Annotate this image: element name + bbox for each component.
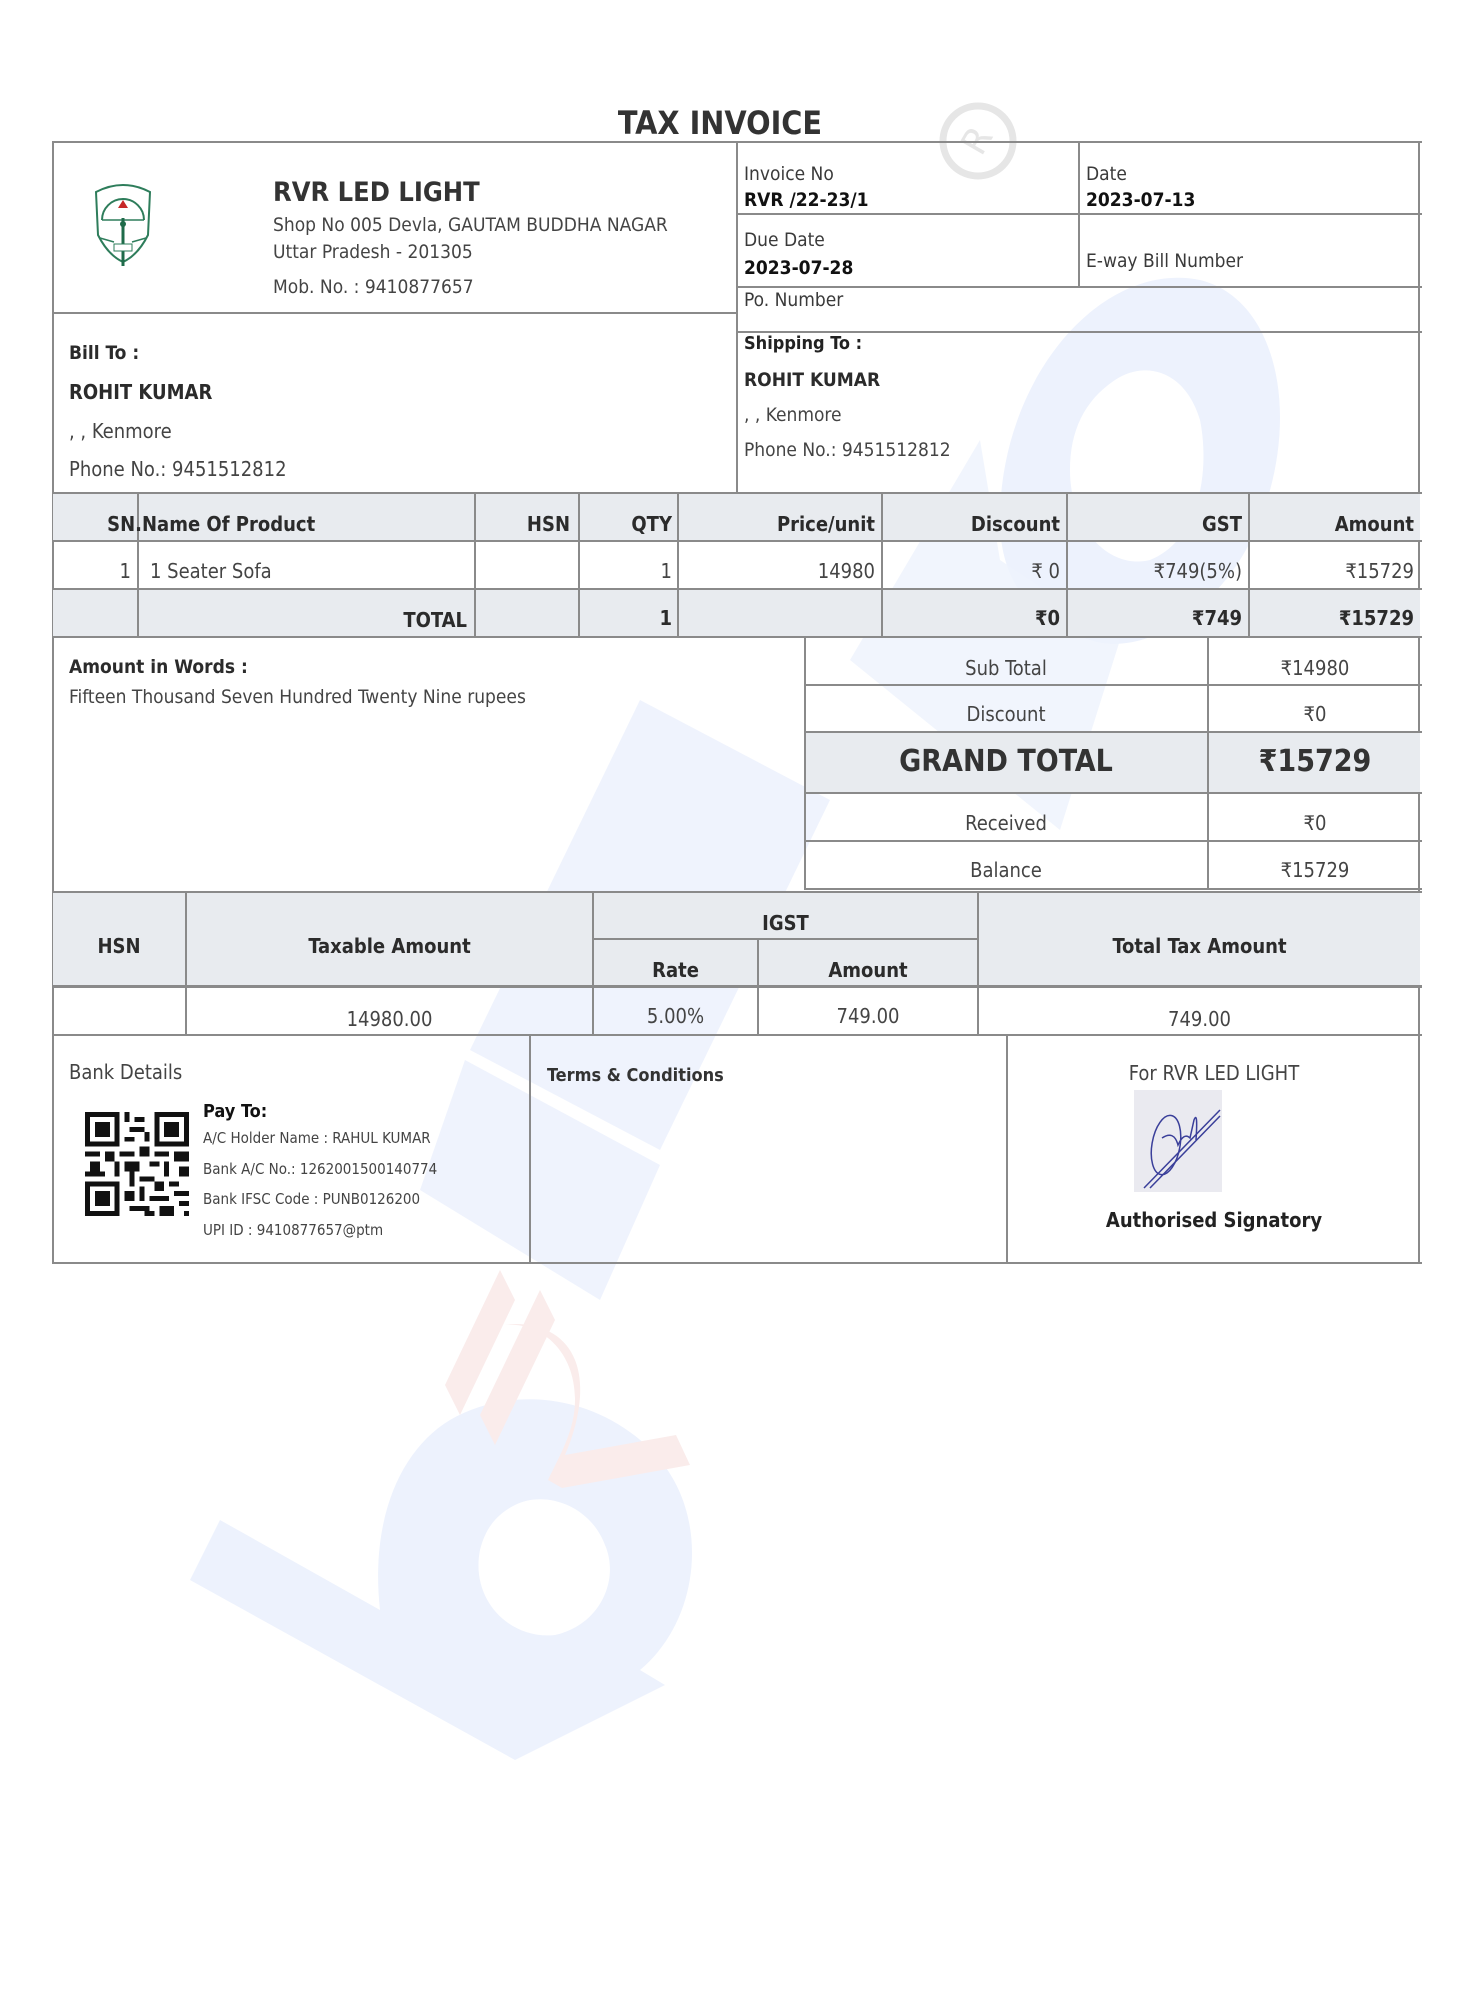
row-sn: 1 bbox=[60, 559, 131, 583]
seller-name: RVR LED LIGHT bbox=[273, 177, 480, 208]
col-discount: Discount bbox=[885, 512, 1060, 536]
col-hsn: HSN bbox=[478, 512, 570, 536]
grand-total-value: ₹15729 bbox=[1209, 744, 1421, 779]
account-holder: A/C Holder Name : RAHUL KUMAR bbox=[203, 1129, 431, 1147]
col-qty: QTY bbox=[582, 512, 672, 536]
date-label: Date bbox=[1086, 163, 1127, 185]
seller-address-line2: Uttar Pradesh - 201305 bbox=[273, 241, 473, 263]
bill-to-phone: Phone No.: 9451512812 bbox=[69, 457, 287, 481]
grand-total-label: GRAND TOTAL bbox=[806, 744, 1206, 779]
received-value: ₹0 bbox=[1209, 811, 1421, 835]
terms-heading: Terms & Conditions bbox=[547, 1065, 724, 1086]
invoice-title: TAX INVOICE bbox=[520, 104, 920, 142]
row-discount: ₹ 0 bbox=[885, 559, 1060, 583]
invoice-no-label: Invoice No bbox=[744, 163, 834, 185]
invoice-no-value: RVR /22-23/1 bbox=[744, 189, 869, 211]
bank-ifsc: Bank IFSC Code : PUNB0126200 bbox=[203, 1190, 420, 1208]
date-value: 2023-07-13 bbox=[1086, 189, 1195, 211]
bank-details-heading: Bank Details bbox=[69, 1060, 182, 1084]
ship-to-address: , , Kenmore bbox=[744, 404, 842, 426]
col-gst: GST bbox=[1070, 512, 1242, 536]
amount-in-words-label: Amount in Words : bbox=[69, 656, 248, 678]
upi-id: UPI ID : 9410877657@ptm bbox=[203, 1221, 383, 1239]
tax-col-total: Total Tax Amount bbox=[979, 934, 1420, 958]
row-product-name: 1 Seater Sofa bbox=[150, 559, 272, 583]
total-discount: ₹0 bbox=[885, 606, 1060, 630]
signature-image bbox=[1134, 1090, 1222, 1192]
discount-label: Discount bbox=[806, 702, 1206, 726]
tax-row-amount: 749.00 bbox=[759, 1004, 977, 1028]
balance-label: Balance bbox=[806, 858, 1206, 882]
po-number-label: Po. Number bbox=[744, 289, 843, 311]
tax-col-rate: Rate bbox=[594, 958, 757, 982]
total-amount: ₹15729 bbox=[1252, 606, 1414, 630]
received-label: Received bbox=[806, 811, 1206, 835]
tax-row-taxable: 14980.00 bbox=[187, 1007, 592, 1031]
due-date-label: Due Date bbox=[744, 229, 825, 251]
total-gst: ₹749 bbox=[1070, 606, 1242, 630]
amount-in-words-value: Fifteen Thousand Seven Hundred Twenty Ni… bbox=[69, 686, 526, 708]
col-product-name: Name Of Product bbox=[142, 512, 315, 536]
seller-address-line1: Shop No 005 Devla, GAUTAM BUDDHA NAGAR bbox=[273, 214, 668, 236]
ship-to-phone: Phone No.: 9451512812 bbox=[744, 439, 951, 461]
row-qty: 1 bbox=[582, 559, 672, 583]
col-price: Price/unit bbox=[685, 512, 875, 536]
tax-col-taxable: Taxable Amount bbox=[187, 934, 592, 958]
bill-to-heading: Bill To : bbox=[69, 342, 139, 364]
bill-to-address: , , Kenmore bbox=[69, 419, 172, 443]
bill-to-name: ROHIT KUMAR bbox=[69, 380, 212, 404]
tax-col-amount: Amount bbox=[759, 958, 977, 982]
tax-col-igst: IGST bbox=[594, 911, 977, 935]
bank-account-number: Bank A/C No.: 1262001500140774 bbox=[203, 1160, 437, 1178]
row-price: 14980 bbox=[685, 559, 875, 583]
pay-to-label: Pay To: bbox=[203, 1101, 267, 1122]
tax-col-hsn: HSN bbox=[53, 934, 185, 958]
col-sn: SN. bbox=[60, 512, 142, 536]
school-crest-logo bbox=[88, 180, 158, 270]
sub-total-value: ₹14980 bbox=[1209, 656, 1421, 680]
tax-row-rate: 5.00% bbox=[594, 1004, 757, 1028]
ship-to-name: ROHIT KUMAR bbox=[744, 369, 880, 391]
upi-qr-code bbox=[85, 1112, 189, 1216]
authorised-signatory-label: Authorised Signatory bbox=[1008, 1208, 1420, 1232]
eway-bill-label: E-way Bill Number bbox=[1086, 250, 1243, 272]
total-label: TOTAL bbox=[142, 608, 467, 632]
balance-value: ₹15729 bbox=[1209, 858, 1421, 882]
seller-mobile: Mob. No. : 9410877657 bbox=[273, 276, 474, 298]
total-qty: 1 bbox=[582, 606, 672, 630]
tax-row-total: 749.00 bbox=[979, 1007, 1420, 1031]
for-company-label: For RVR LED LIGHT bbox=[1008, 1061, 1420, 1085]
col-amount: Amount bbox=[1252, 512, 1414, 536]
due-date-value: 2023-07-28 bbox=[744, 257, 853, 279]
sub-total-label: Sub Total bbox=[806, 656, 1206, 680]
discount-value: ₹0 bbox=[1209, 702, 1421, 726]
row-gst: ₹749(5%) bbox=[1070, 559, 1242, 583]
ship-to-heading: Shipping To : bbox=[744, 333, 862, 354]
row-amount: ₹15729 bbox=[1252, 559, 1414, 583]
